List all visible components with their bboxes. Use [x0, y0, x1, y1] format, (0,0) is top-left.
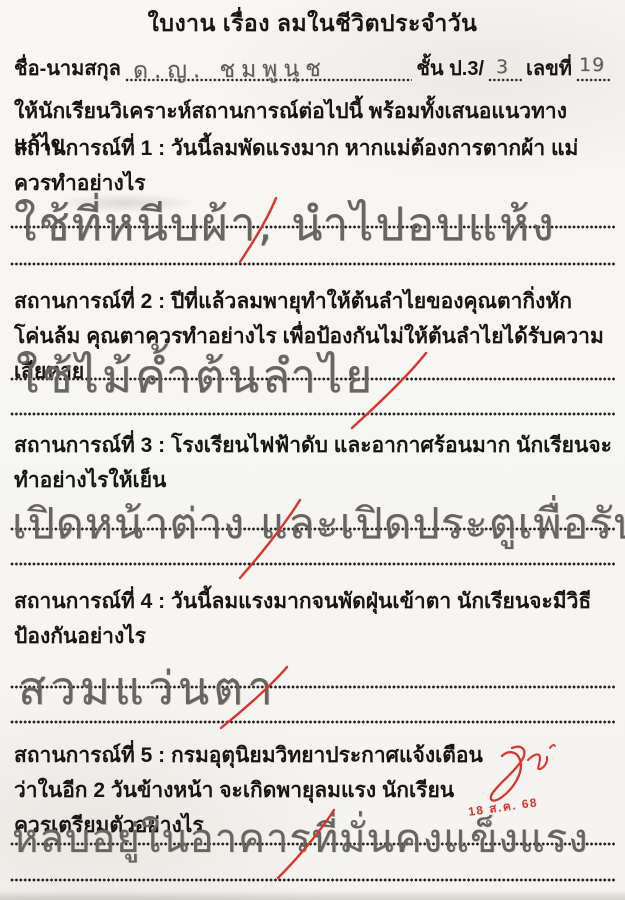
handwritten-answer-4: สวมแว่นตา: [18, 662, 277, 715]
answer-line: [10, 412, 616, 416]
answer-line: [10, 720, 616, 724]
answer-line: [10, 562, 616, 566]
name-dotted-line: ด.ญ. ชมพูนุช: [125, 58, 412, 84]
handwritten-class: 3: [496, 56, 508, 78]
class-label: ชั้น ป.3/: [416, 52, 484, 84]
paper-bottom-shadow: [0, 890, 625, 900]
class-dotted-line: 3: [488, 58, 522, 84]
question-4: สถานการณ์ที่ 4 : วันนี้ลมแรงมากจนพัดฝุ่น…: [14, 584, 614, 654]
number-dotted-line: 19: [576, 58, 610, 84]
teacher-grading-area: 18 ส.ค. 68: [478, 742, 588, 809]
answer-area-3: เปิดหน้าต่าง และเปิดประตูเพื่อรับลม: [10, 496, 616, 580]
answer-area-1: ใช้ที่หนีบผ้า, นำไปอบแห้ง: [10, 196, 616, 278]
handwritten-answer-1: ใช้ที่หนีบผ้า, นำไปอบแห้ง: [14, 198, 556, 251]
handwritten-answer-5: หลบอยู่ในอาคารที่มั่นคงแข็งแรง: [12, 816, 589, 862]
student-info-row: ชื่อ-นามสกุล ด.ญ. ชมพูนุช ชั้น ป.3/ 3 เล…: [14, 52, 614, 84]
answer-area-4: สวมแว่นตา: [10, 656, 616, 736]
number-label: เลขที่: [526, 52, 572, 84]
answer-area-2: ใช้ไม้ค้ำต้นลำไย: [10, 350, 616, 428]
question-3: สถานการณ์ที่ 3 : โรงเรียนไฟฟ้าดับ และอาก…: [14, 428, 614, 498]
answer-line: [10, 262, 616, 266]
handwritten-number: 19: [579, 54, 605, 76]
answer-area-5: หลบอยู่ในอาคารที่มั่นคงแข็งแรง: [10, 810, 616, 894]
worksheet-title: ใบงาน เรื่อง ลมในชีวิตประจำวัน: [0, 6, 625, 42]
handwritten-answer-3: เปิดหน้าต่าง และเปิดประตูเพื่อรับลม: [12, 500, 625, 548]
name-label: ชื่อ-นามสกุล: [14, 52, 121, 84]
worksheet-page: ใบงาน เรื่อง ลมในชีวิตประจำวัน ชื่อ-นามส…: [0, 0, 625, 900]
handwritten-answer-2: ใช้ไม้ค้ำต้นลำไย: [16, 350, 375, 403]
answer-line: [10, 878, 616, 882]
handwritten-name: ด.ญ. ชมพูนุช: [133, 51, 327, 89]
